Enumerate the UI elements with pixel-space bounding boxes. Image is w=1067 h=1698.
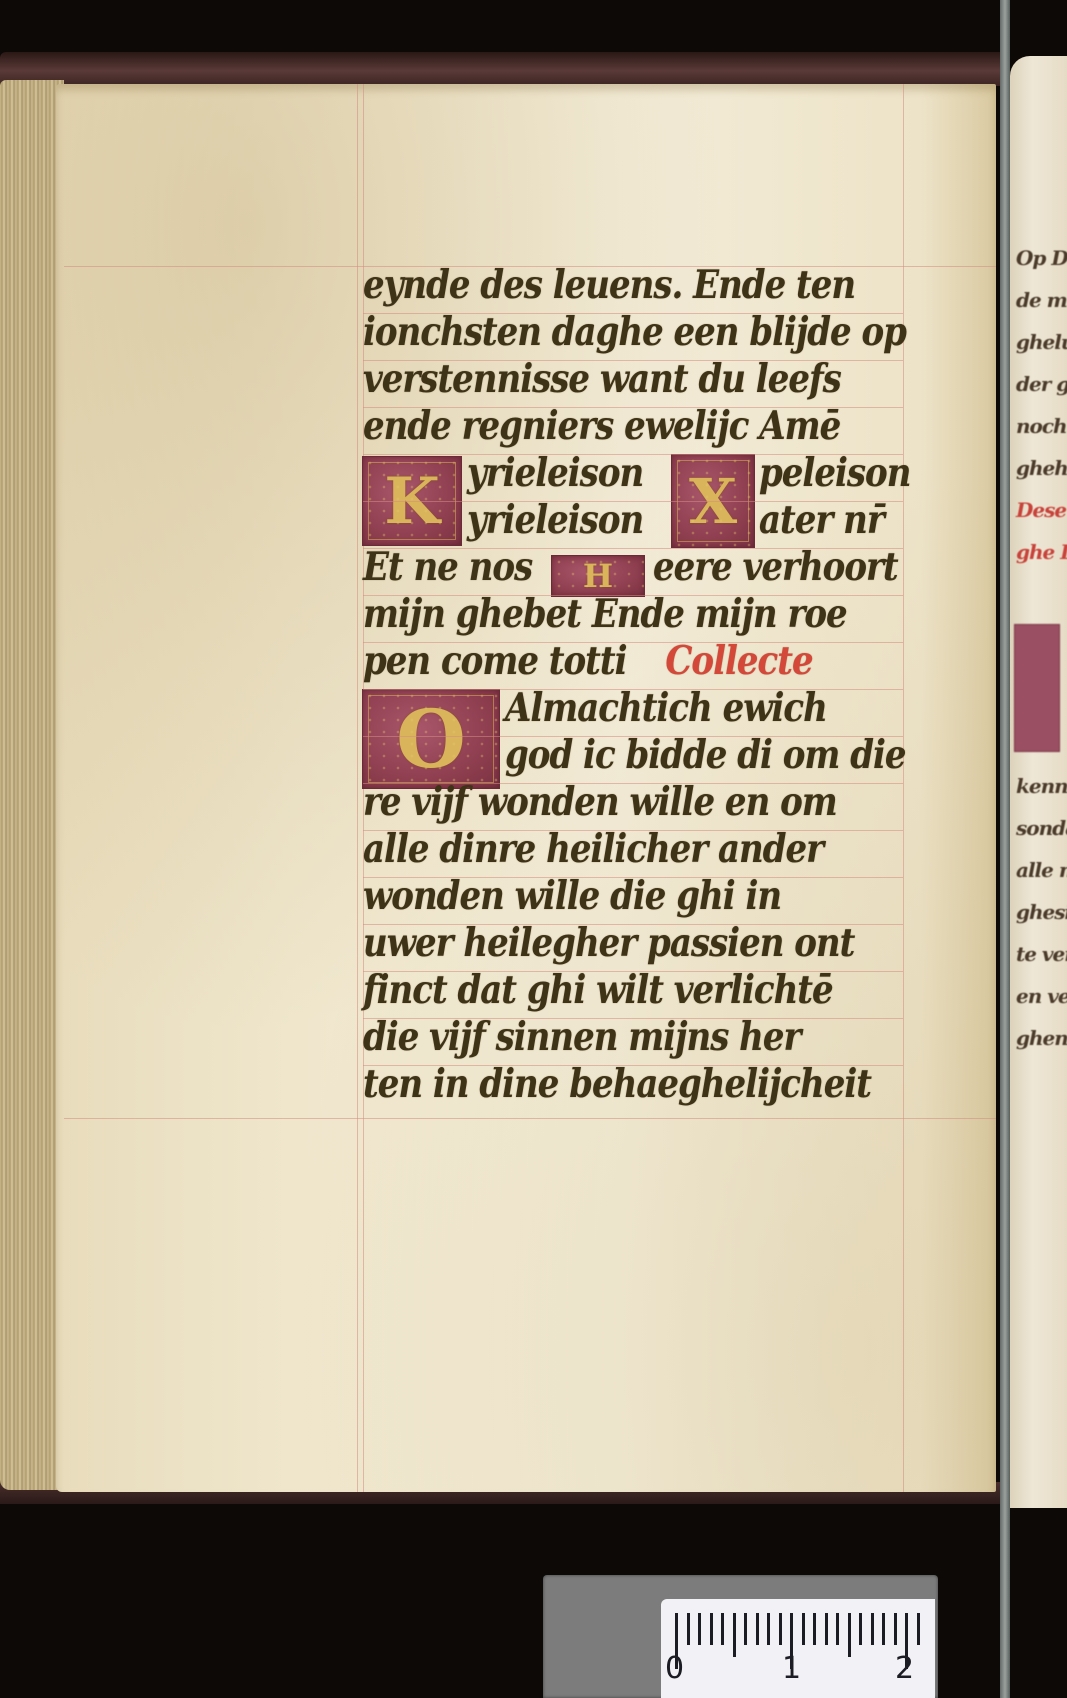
ruling-line — [363, 783, 903, 784]
text-block: eynde des leuens. Ende ten ionchsten dag… — [363, 266, 903, 1108]
text-line-18: ten in dine behaeghelijcheit — [363, 1058, 871, 1112]
ruler-label-1: 1 — [782, 1651, 801, 1686]
ruler-tick — [767, 1613, 770, 1645]
ruler-tick — [859, 1613, 862, 1645]
ruler-tick — [802, 1613, 805, 1645]
ruling-line — [363, 1065, 903, 1066]
text-line-12: re vijf wonden wille en om — [363, 776, 837, 830]
facing-text-line: der ghe — [1016, 372, 1067, 396]
ruler-tick — [698, 1613, 701, 1645]
ruler-tick — [756, 1613, 759, 1645]
ruler-tick-half — [733, 1613, 736, 1657]
facing-illuminated-initial — [1014, 624, 1060, 752]
facing-text-line: en vers — [1016, 984, 1067, 1008]
ruling-line — [363, 313, 903, 314]
text-line-5b: peleison — [759, 447, 910, 501]
ruling-right — [903, 84, 904, 1492]
ruling-line — [363, 877, 903, 878]
glass-plate-edge — [1000, 0, 1010, 1698]
facing-text-line: te verh — [1016, 942, 1067, 966]
text-line-9: pen come totti Collecte — [363, 635, 813, 689]
book-cover-top-edge — [0, 52, 1000, 86]
ruler-tick — [721, 1613, 724, 1645]
ruler-tick — [779, 1613, 782, 1645]
ruler-tick — [894, 1613, 897, 1645]
ruling-line — [363, 924, 903, 925]
text-line-4: ende regniers ewelijc Amē — [363, 400, 840, 454]
ruler-tick — [710, 1613, 713, 1645]
ruling-line — [363, 407, 903, 408]
text-line-5: yrieleison — [467, 447, 643, 501]
text-line-10: Almachtich ewich — [505, 682, 827, 736]
facing-text-line: sonda — [1016, 816, 1067, 840]
ruling-line — [363, 548, 903, 549]
facing-text-line: noch ho — [1016, 414, 1067, 438]
ruler-label-0: 0 — [665, 1651, 684, 1686]
text-line-6: yrieleison — [467, 494, 643, 548]
ruling-line — [363, 501, 903, 502]
text-line-11: god ic bidde di om die — [505, 729, 906, 783]
fore-edge-leaf-stack — [0, 80, 64, 1490]
facing-text-line: ghehou — [1016, 456, 1067, 480]
text-line-7: Et ne nos — [363, 541, 532, 595]
ruler-tick — [744, 1613, 747, 1645]
text-line-2: ionchsten daghe een blijde op — [363, 306, 906, 360]
ruler-tick — [871, 1613, 874, 1645]
text-line-6b: ater nr̄ — [759, 494, 884, 548]
facing-text-line: kenne do — [1016, 774, 1067, 798]
ruler-tick — [836, 1613, 839, 1645]
ruler-tick — [687, 1613, 690, 1645]
ruling-line — [363, 971, 903, 972]
text-line-7b: eere verhoort — [653, 541, 898, 595]
ruling-left-outer — [357, 84, 358, 1492]
text-line-17: die vijf sinnen mijns her — [363, 1011, 800, 1065]
text-line-15: uwer heilegher passien ont — [363, 917, 854, 971]
ruler-tick-half — [848, 1613, 851, 1657]
facing-text-line: Op Di — [1016, 246, 1067, 270]
facing-rubric-line: ghe Do — [1016, 540, 1067, 564]
facing-text-line: ghen e — [1016, 1026, 1067, 1050]
ruler-tick — [882, 1613, 885, 1645]
ruling-line — [363, 736, 903, 737]
ruler-tick — [825, 1613, 828, 1645]
ruling-line — [363, 830, 903, 831]
facing-rubric-line: Dese ghe — [1016, 498, 1067, 522]
text-line-1: eynde des leuens. Ende ten — [363, 259, 855, 313]
ruler-tick — [917, 1613, 920, 1645]
ruling-line — [363, 689, 903, 690]
illuminated-initial-o: O — [362, 689, 500, 789]
text-line-16: finct dat ghi wilt verlichtē — [363, 964, 833, 1018]
text-line-8: mijn ghebet Ende mijn roe — [363, 588, 847, 642]
facing-text-line: de mi — [1016, 288, 1067, 312]
initial-gold-frame — [368, 695, 494, 783]
text-line-13: alle dinre heilicher ander — [363, 823, 823, 877]
facing-text-line: alle ma — [1016, 858, 1067, 882]
text-line-3: verstennisse want du leefs — [363, 353, 841, 407]
facing-text-line: ghelu — [1016, 330, 1067, 354]
ruling-line — [363, 595, 903, 596]
manuscript-page-recto-partial: Op Di de mi ghelu der ghe noch ho ghehou… — [1010, 56, 1067, 1508]
ruling-line — [363, 642, 903, 643]
ruling-line — [363, 360, 903, 361]
ruling-bottom — [64, 1118, 996, 1119]
scale-ruler: 0 1 2 — [661, 1599, 935, 1698]
facing-text-line: ghesi — [1016, 900, 1067, 924]
ruling-line — [363, 454, 903, 455]
text-line-14: wonden wille die ghi in — [363, 870, 781, 924]
ruling-line — [363, 1018, 903, 1019]
rubric-collecte: Collecte — [665, 638, 812, 684]
ruler-tick — [813, 1613, 816, 1645]
ruler-label-2: 2 — [895, 1651, 914, 1686]
